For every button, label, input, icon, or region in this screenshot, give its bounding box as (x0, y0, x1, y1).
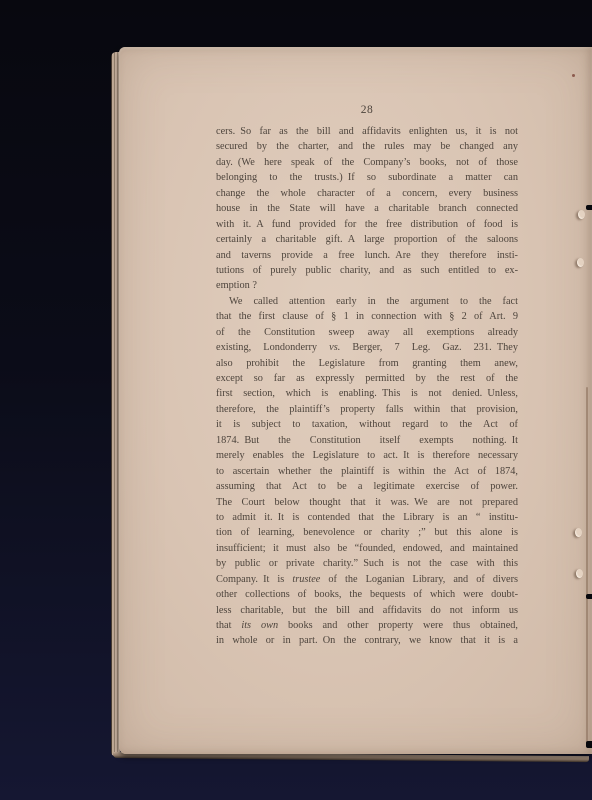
scan-background: 28 cers. So far as the bill and affidavi… (0, 0, 592, 800)
text-line: cers. So far as the bill and affidavits … (216, 124, 518, 139)
paragraph: cers. So far as the bill and affidavits … (216, 124, 518, 294)
text-line: to admit it. It is contended that the Li… (216, 510, 518, 525)
body-text: cers. So far as the bill and affidavits … (216, 124, 518, 649)
text-line: certainly a charitable gift. A large pro… (216, 232, 518, 247)
text-line: emption ? (216, 278, 518, 293)
text-line: first section, which is enabling. This i… (216, 386, 518, 401)
text-line: of the Constitution sweep away all exemp… (216, 325, 518, 340)
text-line: tion of learning, benevolence or charity… (216, 525, 518, 540)
text-line: it is subject to taxation, without regar… (216, 417, 518, 432)
text-line: house in the State will have a charitabl… (216, 201, 518, 216)
binding-hole (577, 258, 584, 267)
text-line: to ascertain whether the plaintiff is wi… (216, 464, 518, 479)
text-line: and taverns provide a free lunch. Are th… (216, 248, 518, 263)
text-line: therefore, the plaintiff’s property fall… (216, 402, 518, 417)
binding-hole (576, 569, 583, 578)
text-line: Company. It is trustee of the Loganian L… (216, 572, 518, 587)
binding-notch (586, 205, 592, 210)
text-line: We called attention early in the argumen… (216, 294, 518, 309)
text-line: in whole or in part. On the contrary, we… (216, 633, 518, 648)
text-line: insufficient; it must also be “founded, … (216, 541, 518, 556)
text-line: except so far as expressly permitted by … (216, 371, 518, 386)
text-line: 1874. But the Constitution itself exempt… (216, 433, 518, 448)
text-line: that its own books and other property we… (216, 618, 518, 633)
paragraph: We called attention early in the argumen… (216, 294, 518, 649)
text-line: that the first clause of § 1 in connecti… (216, 309, 518, 324)
text-line: also prohibit the Legislature from grant… (216, 356, 518, 371)
binding-notch (586, 741, 592, 748)
page-right-edge (586, 387, 588, 746)
page-number: 28 (216, 104, 518, 116)
binding-notch (586, 594, 592, 599)
text-line: by public or private charity.” Such is n… (216, 556, 518, 571)
text-line: The Court below thought that it was. We … (216, 495, 518, 510)
text-line: day. (We here speak of the Company’s boo… (216, 155, 518, 170)
text-line: tutions of purely public charity, and as… (216, 263, 518, 278)
binding-hole (575, 528, 582, 537)
text-line: belonging to the trusts.) If so subordin… (216, 170, 518, 185)
text-line: merely enables the Legislature to act. I… (216, 448, 518, 463)
text-line: other collections of books, the bequests… (216, 587, 518, 602)
binding-hole (578, 210, 585, 219)
text-line: less charitable, but the bill and affida… (216, 603, 518, 618)
text-line: assuming that Act to be a legitimate exe… (216, 479, 518, 494)
text-line: secured by the charter, and the rules ma… (216, 139, 518, 154)
book-page: 28 cers. So far as the bill and affidavi… (119, 47, 592, 754)
text-line: change the whole character of a concern,… (216, 186, 518, 201)
text-line: existing, Londonderry vs. Berger, 7 Leg.… (216, 340, 518, 355)
paper-speck (572, 74, 575, 77)
text-line: with it. A fund provided for the free di… (216, 217, 518, 232)
